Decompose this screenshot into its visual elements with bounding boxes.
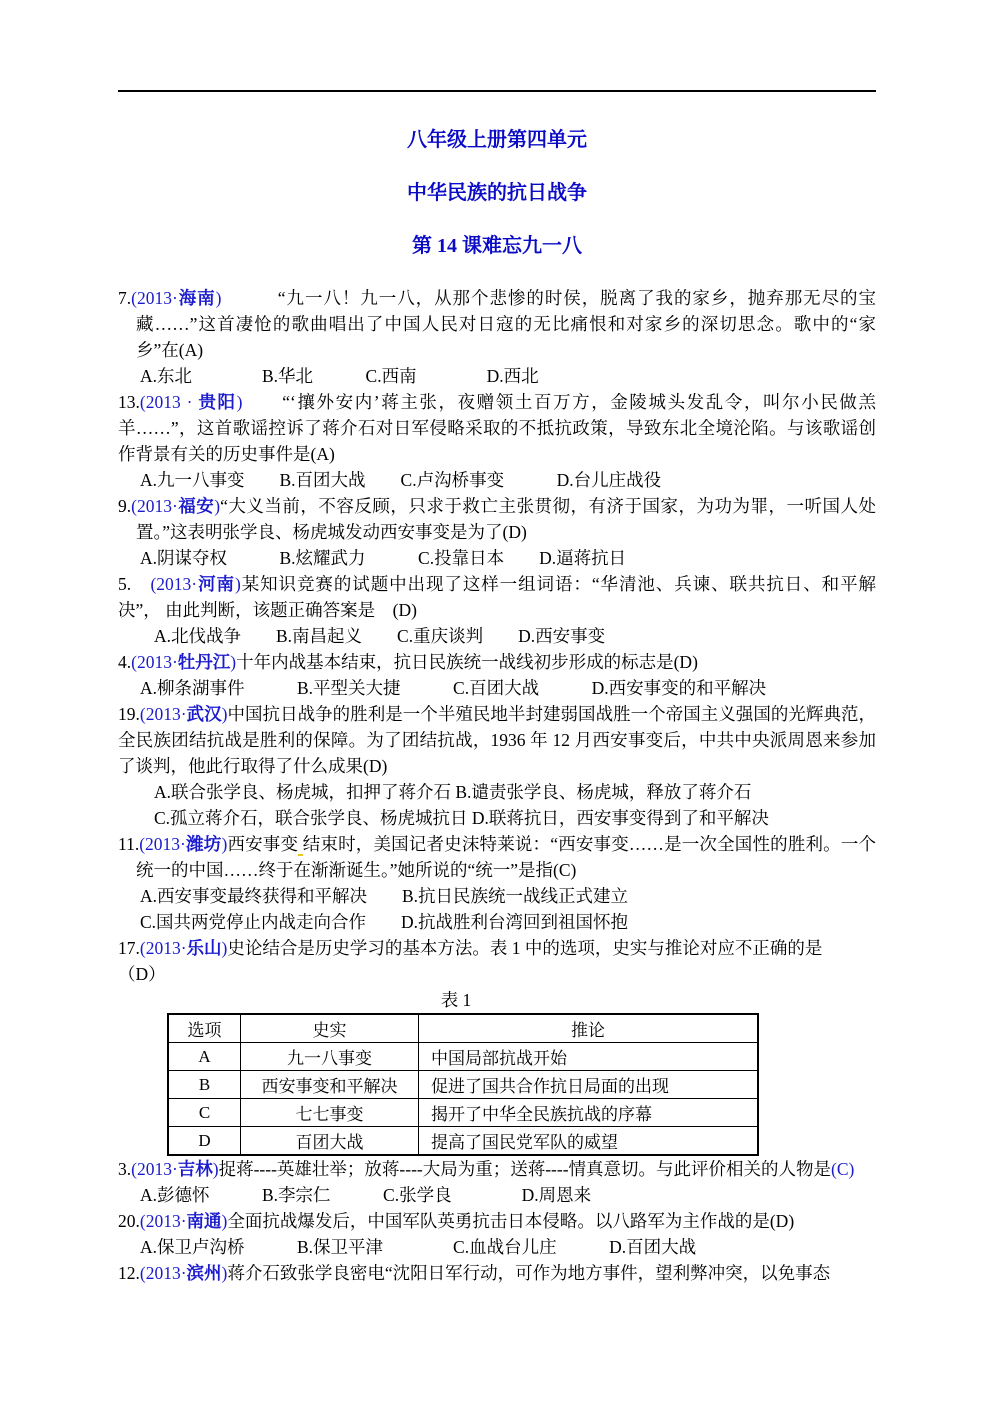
options-line: A.九一八事变 B.百团大战 C.卢沟桥事变 D.台儿庄战役 xyxy=(118,467,876,493)
table-header-inference: 推论 xyxy=(419,1014,759,1043)
exam-citation: (2013·牡丹江) xyxy=(131,652,236,672)
exam-citation: (2013·滨州) xyxy=(140,1263,227,1283)
question-body: “大义当前，不容反顾，只求于救亡主张贯彻，有济于国家，为功为罪，一听国人处置。”… xyxy=(136,496,876,542)
citation-year: (2013 · xyxy=(140,392,199,412)
table-cell: 七七事变 xyxy=(241,1099,419,1127)
citation-year: (2013· xyxy=(140,938,187,958)
document-title-line-1: 八年级上册第四单元 xyxy=(118,126,876,154)
exam-citation: (2013·乐山) xyxy=(140,938,227,958)
table-cell: 提高了国民党军队的威望 xyxy=(419,1127,759,1156)
question-block-5: 5. (2013·河南)某知识竞赛的试题中出现了这样一组词语：“华清池、兵谏、联… xyxy=(118,571,876,649)
question-body: 捉蒋----英雄壮举；放蒋----大局为重；送蒋----情真意切。与此评价相关的… xyxy=(219,1159,831,1179)
exam-citation: (2013·海南) xyxy=(131,288,221,308)
table-caption: 表 1 xyxy=(167,987,745,1013)
question-text: 12.(2013·滨州)蒋介石致张学良密电“沈阳日军行动，可作为地方事件，望利弊… xyxy=(118,1260,876,1286)
fact-inference-table: 选项 史实 推论 A 九一八事变 中国局部抗战开始 B 西安事变和平解决 促进了… xyxy=(167,1013,759,1156)
question-text: 17.(2013·乐山)史论结合是历史学习的基本方法。表 1 中的选项，史实与推… xyxy=(118,935,876,961)
question-block-3: 3.(2013·吉林)捉蒋----英雄壮举；放蒋----大局为重；送蒋----情… xyxy=(118,1156,876,1208)
question-number: 4. xyxy=(118,652,131,672)
citation-city: 南通 xyxy=(187,1211,222,1231)
citation-year: (2013· xyxy=(131,288,178,308)
citation-city: 海南 xyxy=(178,288,216,308)
options-line-2: C.国共两党停止内战走向合作 D.抗战胜利台湾回到祖国怀抱 xyxy=(118,909,876,935)
question-block-4: 4.(2013·牡丹江)十年内战基本结束，抗日民族统一战线初步形成的标志是(D)… xyxy=(118,649,876,701)
question-text: 9.(2013·福安)“大义当前，不容反顾，只求于救亡主张贯彻，有济于国家，为功… xyxy=(118,493,876,545)
question-block-17: 17.(2013·乐山)史论结合是历史学习的基本方法。表 1 中的选项，史实与推… xyxy=(118,935,876,987)
citation-year: (2013· xyxy=(140,704,187,724)
table-row: B 西安事变和平解决 促进了国共合作抗日局面的出现 xyxy=(168,1071,758,1099)
question-text: 3.(2013·吉林)捉蒋----英雄壮举；放蒋----大局为重；送蒋----情… xyxy=(118,1156,876,1182)
question-number: 17. xyxy=(118,938,140,958)
question-body: 十年内战基本结束，抗日民族统一战线初步形成的标志是(D) xyxy=(236,652,698,672)
table-cell: 百团大战 xyxy=(241,1127,419,1156)
citation-city: 牡丹江 xyxy=(178,652,231,672)
table-row: C 七七事变 揭开了中华全民族抗战的序幕 xyxy=(168,1099,758,1127)
table-header-fact: 史实 xyxy=(241,1014,419,1043)
table-cell: 中国局部抗战开始 xyxy=(419,1043,759,1071)
exam-citation: (2013·吉林) xyxy=(131,1159,218,1179)
question-text: 5. (2013·河南)某知识竞赛的试题中出现了这样一组词语：“华清池、兵谏、联… xyxy=(118,571,876,623)
options-line-1: A.西安事变最终获得和平解决 B.抗日民族统一战线正式建立 xyxy=(118,883,876,909)
question-block-12: 12.(2013·滨州)蒋介石致张学良密电“沈阳日军行动，可作为地方事件，望利弊… xyxy=(118,1260,876,1286)
options-line: A.东北 B.华北 C.西南 D.西北 xyxy=(118,363,876,389)
citation-city: 吉林 xyxy=(178,1159,213,1179)
question-number: 13. xyxy=(118,392,140,412)
answer-line: （D） xyxy=(118,961,876,987)
question-block-11: 11.(2013·潍坊)西安事变 结束时，美国记者史沫特莱说：“西安事变……是一… xyxy=(118,831,876,935)
options-line-1: A.联合张学良、杨虎城，扣押了蒋介石 B.谴责张学良、杨虎城，释放了蒋介石 xyxy=(118,779,876,805)
citation-city: 福安 xyxy=(178,496,215,516)
citation-city: 滨州 xyxy=(187,1263,222,1283)
question-block-7: 7.(2013·海南) “九一八！九一八，从那个悲惨的时侯，脱离了我的家乡，抛弃… xyxy=(118,285,876,389)
question-text: 11.(2013·潍坊)西安事变 结束时，美国记者史沫特莱说：“西安事变……是一… xyxy=(118,831,876,883)
citation-city: 乐山 xyxy=(187,938,222,958)
exam-citation: (2013·南通) xyxy=(140,1211,227,1231)
document-title-line-2: 中华民族的抗日战争 xyxy=(118,179,876,207)
question-block-9: 9.(2013·福安)“大义当前，不容反顾，只求于救亡主张贯彻，有济于国家，为功… xyxy=(118,493,876,571)
question-number: 19. xyxy=(118,704,140,724)
table-cell: D xyxy=(168,1127,241,1156)
exam-citation: (2013·武汉) xyxy=(140,704,228,724)
table-cell: 西安事变和平解决 xyxy=(241,1071,419,1099)
citation-year: (2013· xyxy=(140,1263,187,1283)
question-block-19: 19.(2013·武汉)中国抗日战争的胜利是一个半殖民地半封建弱国战胜一个帝国主… xyxy=(118,701,876,831)
question-block-13: 13.(2013 · 贵阳) “‘攘外安内’蒋主张，夜赠领土百万方，金陵城头发乱… xyxy=(118,389,876,493)
options-line: A.北伐战争 B.南昌起义 C.重庆谈判 D.西安事变 xyxy=(118,623,876,649)
options-line: A.柳条湖事件 B.平型关大捷 C.百团大战 D.西安事变的和平解决 xyxy=(118,675,876,701)
table-row: A 九一八事变 中国局部抗战开始 xyxy=(168,1043,758,1071)
citation-year: (2013· xyxy=(131,1159,178,1179)
exam-citation: (2013·河南) xyxy=(131,574,241,594)
question-text: 19.(2013·武汉)中国抗日战争的胜利是一个半殖民地半封建弱国战胜一个帝国主… xyxy=(118,701,876,779)
table-header-option: 选项 xyxy=(168,1014,241,1043)
exam-citation: (2013·潍坊) xyxy=(139,834,227,854)
table-row: D 百团大战 提高了国民党军队的威望 xyxy=(168,1127,758,1156)
question-block-20: 20.(2013·南通)全面抗战爆发后，中国军队英勇抗击日本侵略。以八路军为主作… xyxy=(118,1208,876,1260)
question-number: 11. xyxy=(118,834,139,854)
question-text: 4.(2013·牡丹江)十年内战基本结束，抗日民族统一战线初步形成的标志是(D) xyxy=(118,649,876,675)
table-cell: B xyxy=(168,1071,241,1099)
citation-city: 河南 xyxy=(197,574,235,594)
options-line-2: C.孤立蒋介石，联合张学良、杨虎城抗日 D.联蒋抗日，西安事变得到了和平解决 xyxy=(118,805,876,831)
question-number: 5. xyxy=(118,574,131,594)
exam-citation: (2013·福安) xyxy=(131,496,220,516)
document-page: 八年级上册第四单元 中华民族的抗日战争 第 14 课难忘九一八 7.(2013·… xyxy=(0,0,993,1404)
citation-year: (2013· xyxy=(131,652,178,672)
citation-city: 武汉 xyxy=(187,704,222,724)
question-number: 20. xyxy=(118,1211,140,1231)
citation-year: (2013· xyxy=(139,834,186,854)
options-line: A.阴谋夺权 B.炫耀武力 C.投靠日本 D.逼蒋抗日 xyxy=(118,545,876,571)
question-body: 中国抗日战争的胜利是一个半殖民地半封建弱国战胜一个帝国主义强国的光辉典范，全民族… xyxy=(118,704,876,776)
question-body: 全面抗战爆发后，中国军队英勇抗击日本侵略。以八路军为主作战的是(D) xyxy=(227,1211,794,1231)
question-number: 3. xyxy=(118,1159,131,1179)
question-number: 12. xyxy=(118,1263,140,1283)
table-header-row: 选项 史实 推论 xyxy=(168,1014,758,1043)
question-body: 史论结合是历史学习的基本方法。表 1 中的选项，史实与推论对应不正确的是 xyxy=(227,938,822,958)
question-text: 13.(2013 · 贵阳) “‘攘外安内’蒋主张，夜赠领土百万方，金陵城头发乱… xyxy=(118,389,876,467)
citation-city: 潍坊 xyxy=(186,834,222,854)
question-body: 蒋介石致张学良密电“沈阳日军行动，可作为地方事件，望利弊冲突，以免事态 xyxy=(227,1263,830,1283)
question-body: 西安事变 xyxy=(227,834,298,854)
table-cell: C xyxy=(168,1099,241,1127)
document-title-line-3: 第 14 课难忘九一八 xyxy=(118,232,876,260)
question-text: 7.(2013·海南) “九一八！九一八，从那个悲惨的时侯，脱离了我的家乡，抛弃… xyxy=(118,285,876,363)
table-cell: 九一八事变 xyxy=(241,1043,419,1071)
question-number: 9. xyxy=(118,496,131,516)
question-body: “九一八！九一八，从那个悲惨的时侯，脱离了我的家乡，抛弃那无尽的宝藏……”这首凄… xyxy=(136,288,876,360)
citation-year: (2013· xyxy=(131,574,197,594)
table-cell: A xyxy=(168,1043,241,1071)
document-title-block: 八年级上册第四单元 中华民族的抗日战争 第 14 课难忘九一八 xyxy=(118,0,876,260)
answer-key: (C) xyxy=(831,1159,854,1179)
citation-year: (2013· xyxy=(140,1211,187,1231)
options-line: A.保卫卢沟桥 B.保卫平津 C.血战台儿庄 D.百团大战 xyxy=(118,1234,876,1260)
citation-city: 贵阳 xyxy=(198,392,236,412)
question-text: 20.(2013·南通)全面抗战爆发后，中国军队英勇抗击日本侵略。以八路军为主作… xyxy=(118,1208,876,1234)
question-number: 7. xyxy=(118,288,131,308)
page-content: 八年级上册第四单元 中华民族的抗日战争 第 14 课难忘九一八 7.(2013·… xyxy=(118,0,876,1286)
table-cell: 揭开了中华全民族抗战的序幕 xyxy=(419,1099,759,1127)
citation-year: (2013· xyxy=(131,496,178,516)
table-cell: 促进了国共合作抗日局面的出现 xyxy=(419,1071,759,1099)
options-line: A.彭德怀 B.李宗仁 C.张学良 D.周恩来 xyxy=(118,1182,876,1208)
question-list: 7.(2013·海南) “九一八！九一八，从那个悲惨的时侯，脱离了我的家乡，抛弃… xyxy=(118,285,876,1286)
exam-citation: (2013 · 贵阳) xyxy=(140,392,243,412)
